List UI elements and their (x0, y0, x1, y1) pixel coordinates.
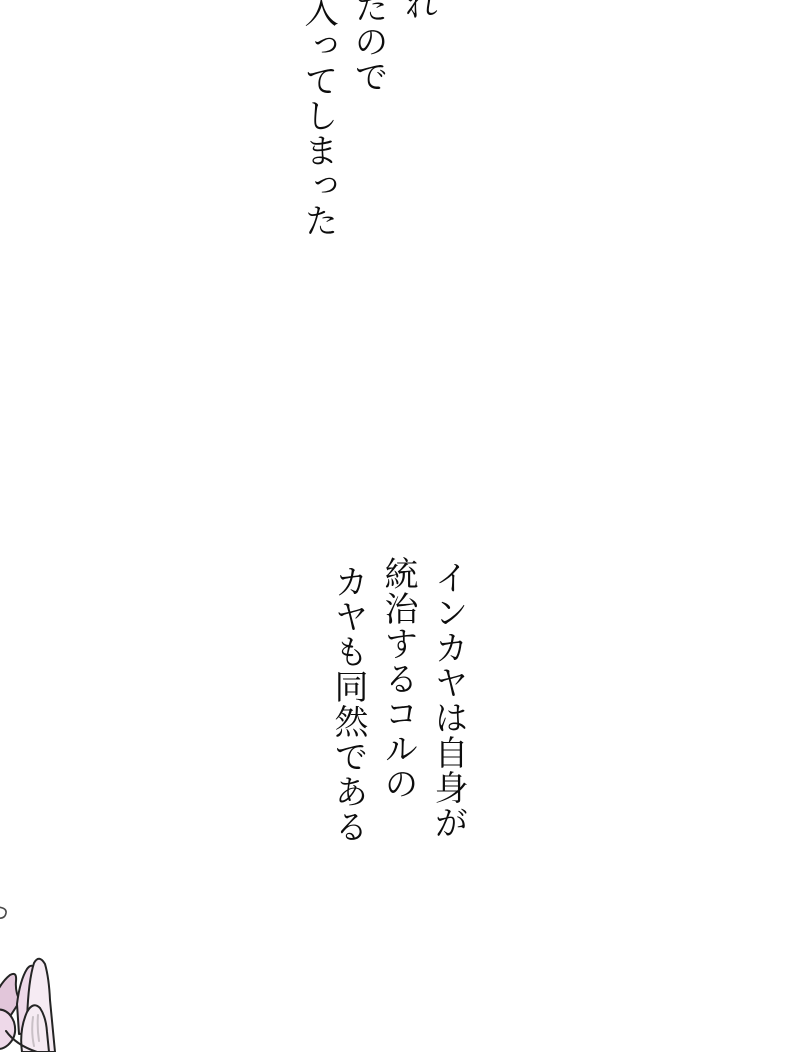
sketch-arc-icon (0, 907, 6, 918)
dialogue-middle-column-3: カヤも同然である (328, 564, 368, 844)
dialogue-middle-column-1: インカヤは自身が (428, 560, 468, 840)
hands-outline-group (0, 959, 55, 1052)
dialogue-top-column-1: れ (398, 0, 438, 21)
dialogue-middle-column-2: 統治するコルの (378, 556, 418, 801)
dialogue-top-column-3: 入ってしまった (298, 0, 338, 238)
hands-illustration (0, 900, 80, 1052)
palm-left (0, 1010, 15, 1050)
manga-page: れ たので 入ってしまった インカヤは自身が 統治するコルの カヤも同然である (0, 0, 800, 1052)
dialogue-top-column-2: たので (348, 0, 388, 94)
